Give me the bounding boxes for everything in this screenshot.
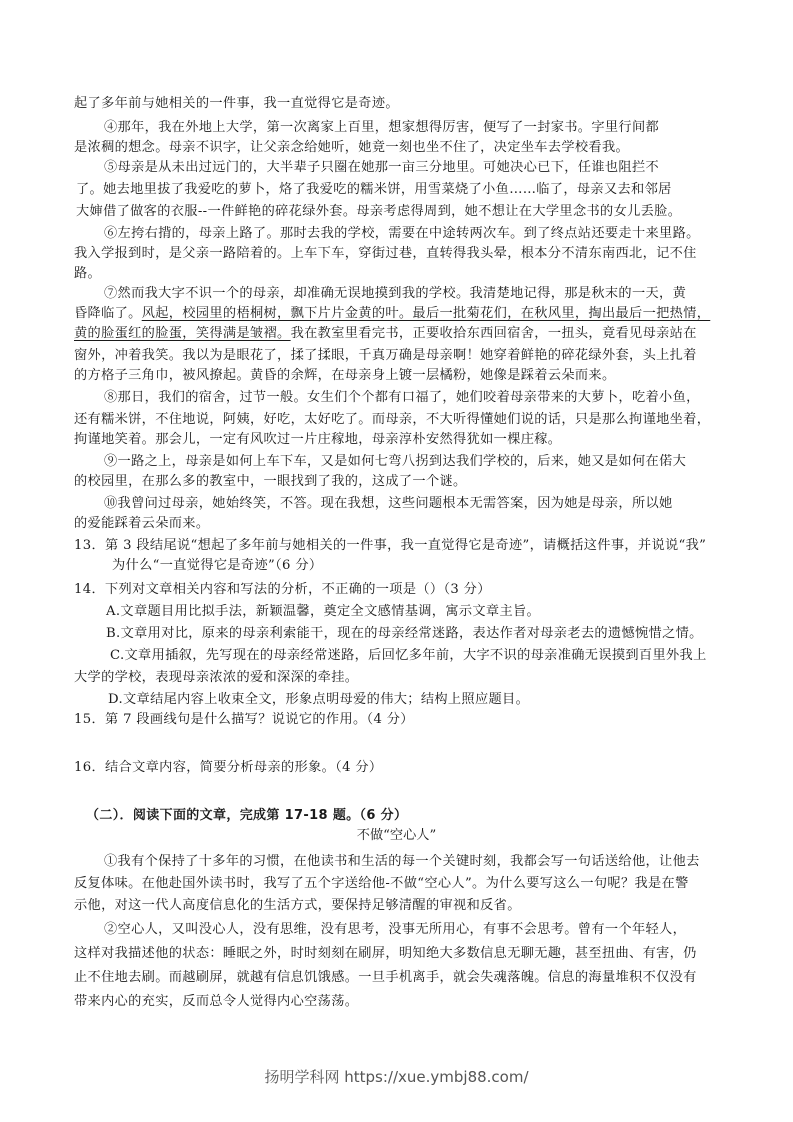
- option-c: C.文章用插叙，先写现在的母亲经常迷路，后回忆多年前，大字不识的母亲准确无误摸到…: [110, 646, 707, 666]
- footer-watermark: 扬明学科网 https://xue.ymbj88.com/: [0, 1066, 793, 1087]
- paragraph-8-line: 拘谨地笑着。那会儿，一定有风吹过一片庄稼地，母亲淳朴安然得犹如一棵庄稼。: [74, 430, 561, 450]
- question-13: 13．第 3 段结尾说“想起了多年前与她相关的一件事，我一直觉得它是奇迹”，请概…: [74, 536, 706, 556]
- paragraph-9-line: 的校园里，在那么多的教室中，一眼找到了我的，这成了一个谜。: [74, 472, 467, 492]
- option-c-cont: 大学的学校，表现母亲浓浓的爱和深深的牵挂。: [74, 668, 358, 688]
- option-d: D.文章结尾内容上收束全文，形象点明母爱的伟大；结构上照应题目。: [108, 690, 529, 710]
- paragraph-5-line: 了。她去地里拔了我爱吃的萝卜，烙了我爱吃的糯米饼，用雪菜烧了小鱼……临了，母亲又…: [76, 180, 672, 200]
- paragraph-1-line: 示他，对这一代人高度信息化的生活方式，要保持足够清醒的审视和反省。: [74, 896, 521, 916]
- article-title: 不做“空心人”: [0, 826, 793, 846]
- paragraph-7-line: 的方格子三角巾，被风撩起。黄昏的余辉，在母亲身上镀一层橘粉，她像是踩着云朵而来。: [74, 366, 616, 386]
- option-b: B.文章用对比，原来的母亲利索能干，现在的母亲经常迷路，表达作者对母亲老去的遗憾…: [106, 624, 703, 644]
- paragraph-line: 起了多年前与她相关的一件事，我一直觉得它是奇迹。: [74, 94, 399, 114]
- paragraph-4-line: 是浓稠的想念。母亲不识字，让父亲念给她听，她竟一刻也坐不住了，决定坐车去学校看我…: [74, 138, 629, 158]
- document-page: 起了多年前与她相关的一件事，我一直觉得它是奇迹。 ④那年，我在外地上大学，第一次…: [0, 0, 793, 1122]
- paragraph-8-line: 还有糯米饼，不住地说，阿姨，好吃，太好吃了。而母亲，不大听得懂她们说的话，只是那…: [74, 410, 710, 430]
- paragraph-6-line: 我入学报到时，是父亲一路陪着的。上车下车，穿街过巷，直转得我头晕，根本分不清东南…: [74, 244, 697, 264]
- question-14: 14．下列对文章相关内容和写法的分析，不正确的一项是（）（3 分）: [74, 580, 491, 600]
- question-16: 16．结合文章内容，简要分析母亲的形象。（4 分）: [74, 758, 382, 778]
- paragraph-4-line: ④那年，我在外地上大学，第一次离家上百里，想家想得厉害，便写了一封家书。字里行间…: [104, 118, 659, 138]
- underlined-sentence: 风起，校园里的梧桐树，飘下片片金黄的叶。最后一批菊花们，在秋风里，掏出最后一把热…: [142, 306, 711, 321]
- paragraph-9-line: ⑨一路之上，母亲是如何上车下车，又是如何七弯八拐到达我们学校的，后来，她又是如何…: [104, 452, 686, 472]
- question-13-cont: 为什么“一直觉得它是奇迹”（6 分）: [112, 556, 322, 576]
- paragraph-2-line: 止不住地去刷。而越刷屏，就越有信息饥饿感。一旦手机离手，就会失魂落魄。信息的海量…: [74, 968, 697, 988]
- paragraph-6-line: 路。: [74, 264, 101, 284]
- paragraph-2-line: 这样对我描述他的状态：睡眠之外，时时刻刻在刷屏，明知绝大多数信息无聊无趣，甚至扭…: [74, 944, 697, 964]
- paragraph-7-line: 昏降临了。风起，校园里的梧桐树，飘下片片金黄的叶。最后一批菊花们，在秋风里，掏出…: [74, 304, 710, 324]
- paragraph-1-line: ①我有个保持了十多年的习惯，在他读书和生活的每一个关键时刻，我都会写一句话送给他…: [104, 852, 700, 872]
- paragraph-10-line: ⑩我曾问过母亲，她始终笑，不答。现在我想，这些问题根本无需答案，因为她是母亲，所…: [104, 494, 673, 514]
- paragraph-8-line: ⑧那日，我们的宿舍，过节一般。女生们个个都有口福了，她们咬着母亲带来的大萝卜，吃…: [104, 388, 700, 408]
- paragraph-7-line: 黄的脸蛋红的脸蛋，笑得满是皱褶。我在教室里看完书，正要收拾东西回宿舍，一扭头，竟…: [74, 324, 697, 344]
- paragraph-10-line: 的爱能踩着云朵而来。: [74, 514, 209, 534]
- question-15: 15．第 7 段画线句是什么描写？说说它的作用。（4 分）: [74, 710, 414, 730]
- paragraph-7-line: ⑦然而我大字不识一个的母亲，却准确无误地摸到我的学校。我清楚地记得，那是秋末的一…: [104, 284, 686, 304]
- plain-text: 昏降临了。: [74, 306, 142, 321]
- paragraph-6-line: ⑥左挎右揹的，母亲上路了。那时去我的学校，需要在中途转两次车。到了终点站还要走十…: [104, 224, 700, 244]
- paragraph-5-line: ⑤母亲是从未出过远门的，大半辈子只圈在她那一亩三分地里。可她决心已下，任谁也阻拦…: [104, 158, 659, 178]
- paragraph-2-line: ②空心人，又叫没心人，没有思维，没有思考，没事无所用心，有事不会思考。曾有一个年…: [104, 920, 686, 940]
- option-a: A.文章题目用比拟手法，新颖温馨，奠定全文感情基调，寓示文章主旨。: [106, 602, 540, 622]
- plain-text: 我在教室里看完书，正要收拾东西回宿舍，一扭头，竟看见母亲站在: [291, 326, 697, 341]
- paragraph-7-line: 窗外，冲着我笑。我以为是眼花了，揉了揉眼，千真万确是母亲啊！她穿着鲜艳的碎花绿外…: [74, 346, 697, 366]
- paragraph-2-line: 带来内心的充实，反而总令人觉得内心空荡荡。: [74, 992, 358, 1012]
- paragraph-1-line: 反复体味。在他赴国外读书时，我写了五个字送给他-不做“空心人”。为什么要写这么一…: [74, 874, 689, 894]
- paragraph-5-line: 大婶借了做客的衣服--一件鲜艳的碎花绿外套。母亲考虑得周到，她不想让在大学里念书…: [76, 202, 681, 222]
- underlined-sentence: 黄的脸蛋红的脸蛋，笑得满是皱褶。: [74, 326, 291, 341]
- section-heading: （二）．阅读下面的文章，完成第 17-18 题。（6 分）: [86, 806, 407, 826]
